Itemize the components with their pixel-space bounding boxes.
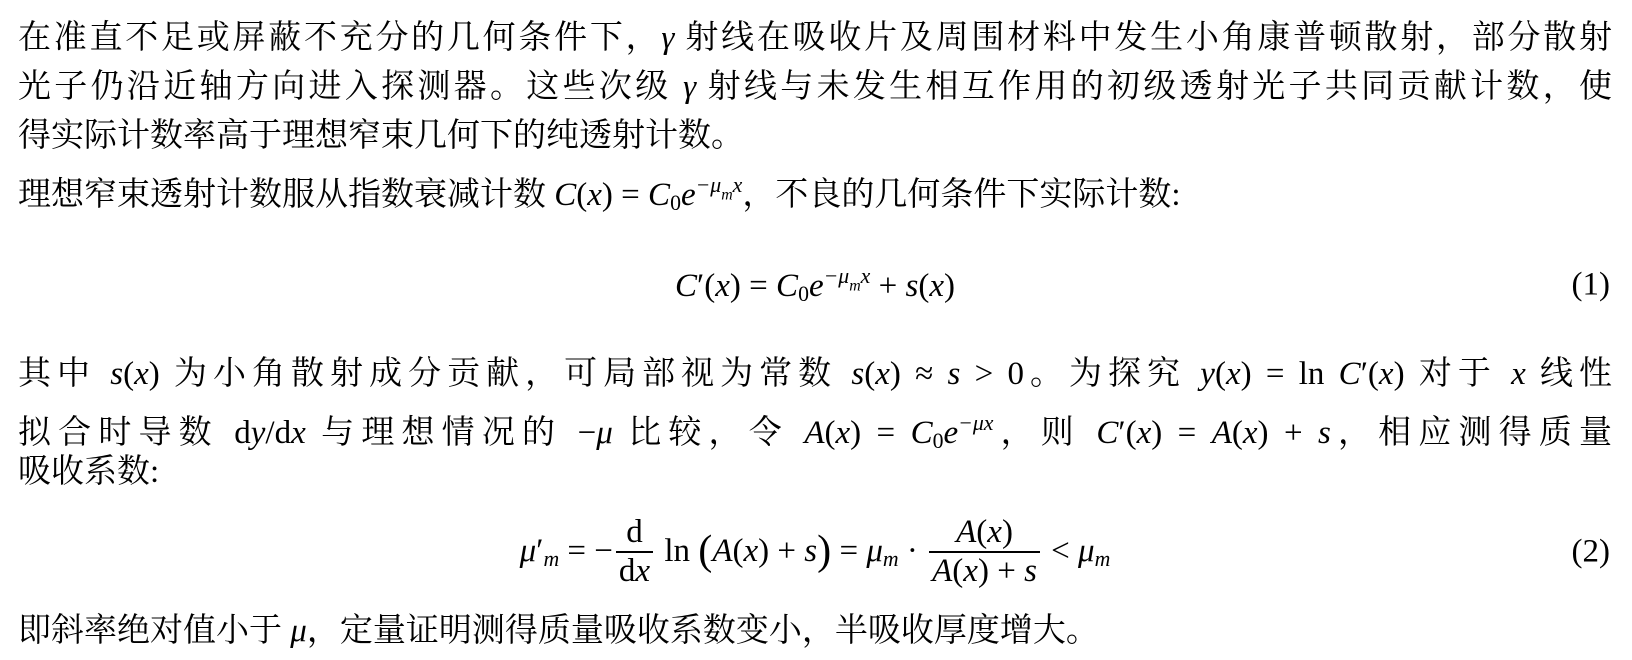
math-token: C (648, 177, 670, 213)
text-run: 对于 (1405, 356, 1512, 392)
math-token: −μ (824, 264, 850, 288)
inline-math: C′(x) = C0e−μmx + s(x) (675, 268, 955, 304)
text-line-5: 其中 s(x) 为小角散射成分贡献，可局部视为常数 s(x) ≈ s > 0。为… (18, 350, 1612, 399)
math-token: 0 (1008, 356, 1025, 392)
text-run: 射线与未发生相互作用的初级透射光子共同贡献计数，使 (696, 69, 1612, 105)
math-token: 0 (933, 429, 944, 453)
text-run: 理想窄束透射计数服从指数衰减计数 (18, 177, 554, 213)
math-token: d (234, 415, 251, 451)
inline-math: C′(x) = A(x) + s (1096, 415, 1330, 451)
text-run: 线性 (1526, 356, 1612, 392)
text-line-2: 光子仍沿近轴方向进入探测器。这些次级 γ 射线与未发生相互作用的初级透射光子共同… (18, 63, 1612, 112)
equation-2-body: μ′m = −ddx ln (A(x) + s) = μm · A(x)A(x)… (520, 514, 1111, 590)
inline-math: x (1511, 356, 1526, 392)
math-token: m (721, 187, 732, 204)
math-token: m (849, 277, 860, 294)
math-token: x (291, 415, 306, 451)
math-token: s (905, 268, 918, 304)
math-token: x (929, 268, 944, 304)
inline-math: γ (661, 20, 674, 56)
math-token: m (883, 546, 899, 570)
math-token: 0 (670, 191, 681, 215)
text-run: 得实际计数率高于理想窄束几何下的纯透射计数。 (18, 118, 744, 154)
fraction-denominator: A(x) + s (929, 553, 1040, 590)
math-token: + (870, 268, 905, 304)
math-token: e (809, 268, 824, 304)
math-token: y (1200, 356, 1215, 392)
fraction-denominator: dx (616, 553, 653, 590)
math-token: s (1024, 553, 1037, 589)
math-fraction: ddx (616, 514, 653, 590)
equation-1: C′(x) = C0e−μmx + s(x) (1) (18, 255, 1612, 315)
math-token: x (587, 177, 602, 213)
equation-1-body: C′(x) = C0e−μmx + s(x) (675, 264, 955, 307)
math-token: d (619, 553, 636, 589)
text-run: 其中 (18, 356, 110, 392)
math-token: A (712, 533, 732, 569)
inline-math: μ (290, 613, 307, 649)
math-token: s (804, 533, 817, 569)
text-run: 。为探究 (1024, 356, 1200, 392)
math-token: x (1243, 415, 1258, 451)
inline-math: s(x) (110, 356, 160, 392)
math-token: = (559, 533, 594, 569)
math-token: / (265, 415, 274, 451)
math-token: ) (850, 415, 861, 451)
math-token: ′ (1361, 356, 1368, 392)
math-token: x (861, 264, 871, 288)
math-token: ) (1241, 356, 1252, 392)
math-token: + (1269, 415, 1318, 451)
inline-math: γ (683, 69, 696, 105)
math-token: s (948, 356, 961, 392)
text-run: 即斜率绝对值小于 (18, 613, 290, 649)
text-line-8: 即斜率绝对值小于 μ，定量证明测得质量吸收系数变小，半吸收厚度增大。 (18, 607, 1612, 656)
math-token: A (956, 514, 976, 550)
fraction-numerator: d (616, 514, 653, 553)
math-token: ) (1258, 415, 1269, 451)
equation-1-number: (1) (1572, 267, 1610, 304)
math-token: e (944, 415, 959, 451)
text-line-3: 得实际计数率高于理想窄束几何下的纯透射计数。 (18, 112, 1612, 161)
math-token: + (769, 533, 804, 569)
math-token: ( (824, 415, 835, 451)
math-token: C (1339, 356, 1361, 392)
equation-2-number: (2) (1572, 534, 1610, 571)
math-token: x (1137, 415, 1152, 451)
math-token: · (899, 533, 927, 569)
math-token: ) (817, 527, 831, 574)
text-run: 为小角散射成分贡献，可局部视为常数 (160, 356, 852, 392)
math-token: ) (730, 268, 741, 304)
math-token: ( (1232, 415, 1243, 451)
math-token: x (835, 415, 850, 451)
math-token: = (861, 415, 910, 451)
math-token: ) (1151, 415, 1162, 451)
text-run: ，则 (993, 415, 1096, 451)
math-token: C (554, 177, 576, 213)
math-token: ln (656, 533, 698, 569)
math-token: ( (1126, 415, 1137, 451)
math-token: μ (866, 533, 883, 569)
equation-2: μ′m = −ddx ln (A(x) + s) = μm · A(x)A(x)… (18, 497, 1612, 607)
text-line-4: 理想窄束透射计数服从指数衰减计数 C(x) = C0e−μmx，不良的几何条件下… (18, 161, 1612, 210)
math-token: ( (704, 268, 715, 304)
text-run: 射线在吸收片及周围材料中发生小角康普顿散射，部分散射 (674, 20, 1612, 56)
math-token: C (1096, 415, 1118, 451)
math-token: ) (1394, 356, 1405, 392)
text-run: 拟合时导数 (18, 415, 234, 451)
math-token: = (1162, 415, 1211, 451)
math-token: μ (1078, 533, 1095, 569)
math-token: − (578, 415, 597, 451)
text-run: ，不良的几何条件下实际计数: (742, 177, 1180, 213)
math-token: ) (978, 553, 989, 589)
math-token: x (963, 553, 978, 589)
math-token: x (134, 356, 149, 392)
math-token: ( (576, 177, 587, 213)
math-token: ( (976, 514, 987, 550)
math-token: s (110, 356, 123, 392)
math-token: ( (918, 268, 929, 304)
text-run: 比较，令 (613, 415, 805, 451)
math-token: s (1318, 415, 1331, 451)
math-token: ( (952, 553, 963, 589)
document-page: 在准直不足或屏蔽不充分的几何条件下，γ 射线在吸收片及周围材料中发生小角康普顿散… (0, 0, 1632, 660)
math-token: C (911, 415, 933, 451)
text-run: ，相应测得质量 (1331, 415, 1612, 451)
math-token: A (804, 415, 824, 451)
math-token: ( (1215, 356, 1226, 392)
text-run: 在准直不足或屏蔽不充分的几何条件下， (18, 20, 661, 56)
math-token: μ (520, 533, 537, 569)
math-token: > (960, 356, 1007, 392)
math-token: x (635, 553, 650, 589)
text-run: 吸收系数: (18, 454, 159, 490)
math-token: C (675, 268, 697, 304)
math-token: d (626, 514, 643, 550)
math-token: −μx (958, 411, 993, 435)
text-run: ，定量证明测得质量吸收系数变小，半吸收厚度增大。 (307, 613, 1099, 649)
math-token: m (543, 546, 559, 570)
math-token: ( (698, 527, 712, 574)
math-token: x (715, 268, 730, 304)
math-token: x (733, 173, 743, 197)
math-token: x (1511, 356, 1526, 392)
math-token: x (1379, 356, 1394, 392)
math-token: s (851, 356, 864, 392)
math-token: ′ (1118, 415, 1125, 451)
inline-math: y(x) = ln C′(x) (1200, 356, 1404, 392)
text-run: 与理想情况的 (306, 415, 578, 451)
math-token: ) (944, 268, 955, 304)
math-token: y (251, 415, 266, 451)
math-token: x (1226, 356, 1241, 392)
math-token: x (744, 533, 759, 569)
math-token: d (275, 415, 292, 451)
math-token: = (613, 177, 648, 213)
math-token: ( (1368, 356, 1379, 392)
text-line-1: 在准直不足或屏蔽不充分的几何条件下，γ 射线在吸收片及周围材料中发生小角康普顿散… (18, 14, 1612, 63)
math-token: ) (1002, 514, 1013, 550)
math-token: μ (290, 613, 307, 649)
text-line-7: 吸收系数: (18, 448, 1612, 497)
math-token: = (741, 268, 776, 304)
math-token: = (1252, 356, 1299, 392)
math-token: μ (596, 415, 613, 451)
math-token: ) (758, 533, 769, 569)
inline-math: A(x) = C0e−μx (804, 415, 993, 451)
math-token: ) (149, 356, 160, 392)
math-token: − (594, 533, 613, 569)
inline-math: −μ (578, 415, 613, 451)
text-run: 光子仍沿近轴方向进入探测器。这些次级 (18, 69, 683, 105)
math-token: ( (733, 533, 744, 569)
inline-math: s(x) ≈ s > 0 (851, 356, 1024, 392)
math-token: ) (890, 356, 901, 392)
text-line-6: 拟合时导数 dy/dx 与理想情况的 −μ 比较，令 A(x) = C0e−μx… (18, 399, 1612, 448)
math-token: = (831, 533, 866, 569)
math-token: e (681, 177, 696, 213)
math-token: γ (661, 20, 674, 56)
math-token: ( (864, 356, 875, 392)
math-token: m (1095, 546, 1111, 570)
math-token: < (1043, 533, 1078, 569)
math-token: 0 (798, 281, 809, 305)
math-token: C (776, 268, 798, 304)
math-token: x (987, 514, 1002, 550)
inline-math: dy/dx (234, 415, 305, 451)
math-token: −μ (696, 173, 722, 197)
inline-math: C(x) = C0e−μmx (554, 177, 742, 213)
math-token: ln (1299, 356, 1339, 392)
math-token: γ (683, 69, 696, 105)
math-token: x (875, 356, 890, 392)
math-token: A (932, 553, 952, 589)
math-token: ( (123, 356, 134, 392)
math-fraction: A(x)A(x) + s (929, 514, 1040, 590)
math-token: ≈ (901, 356, 948, 392)
math-token: A (1212, 415, 1232, 451)
fraction-numerator: A(x) (929, 514, 1040, 553)
math-token: + (989, 553, 1024, 589)
inline-math: μ′m = −ddx ln (A(x) + s) = μm · A(x)A(x)… (520, 533, 1111, 569)
math-token: ) (602, 177, 613, 213)
